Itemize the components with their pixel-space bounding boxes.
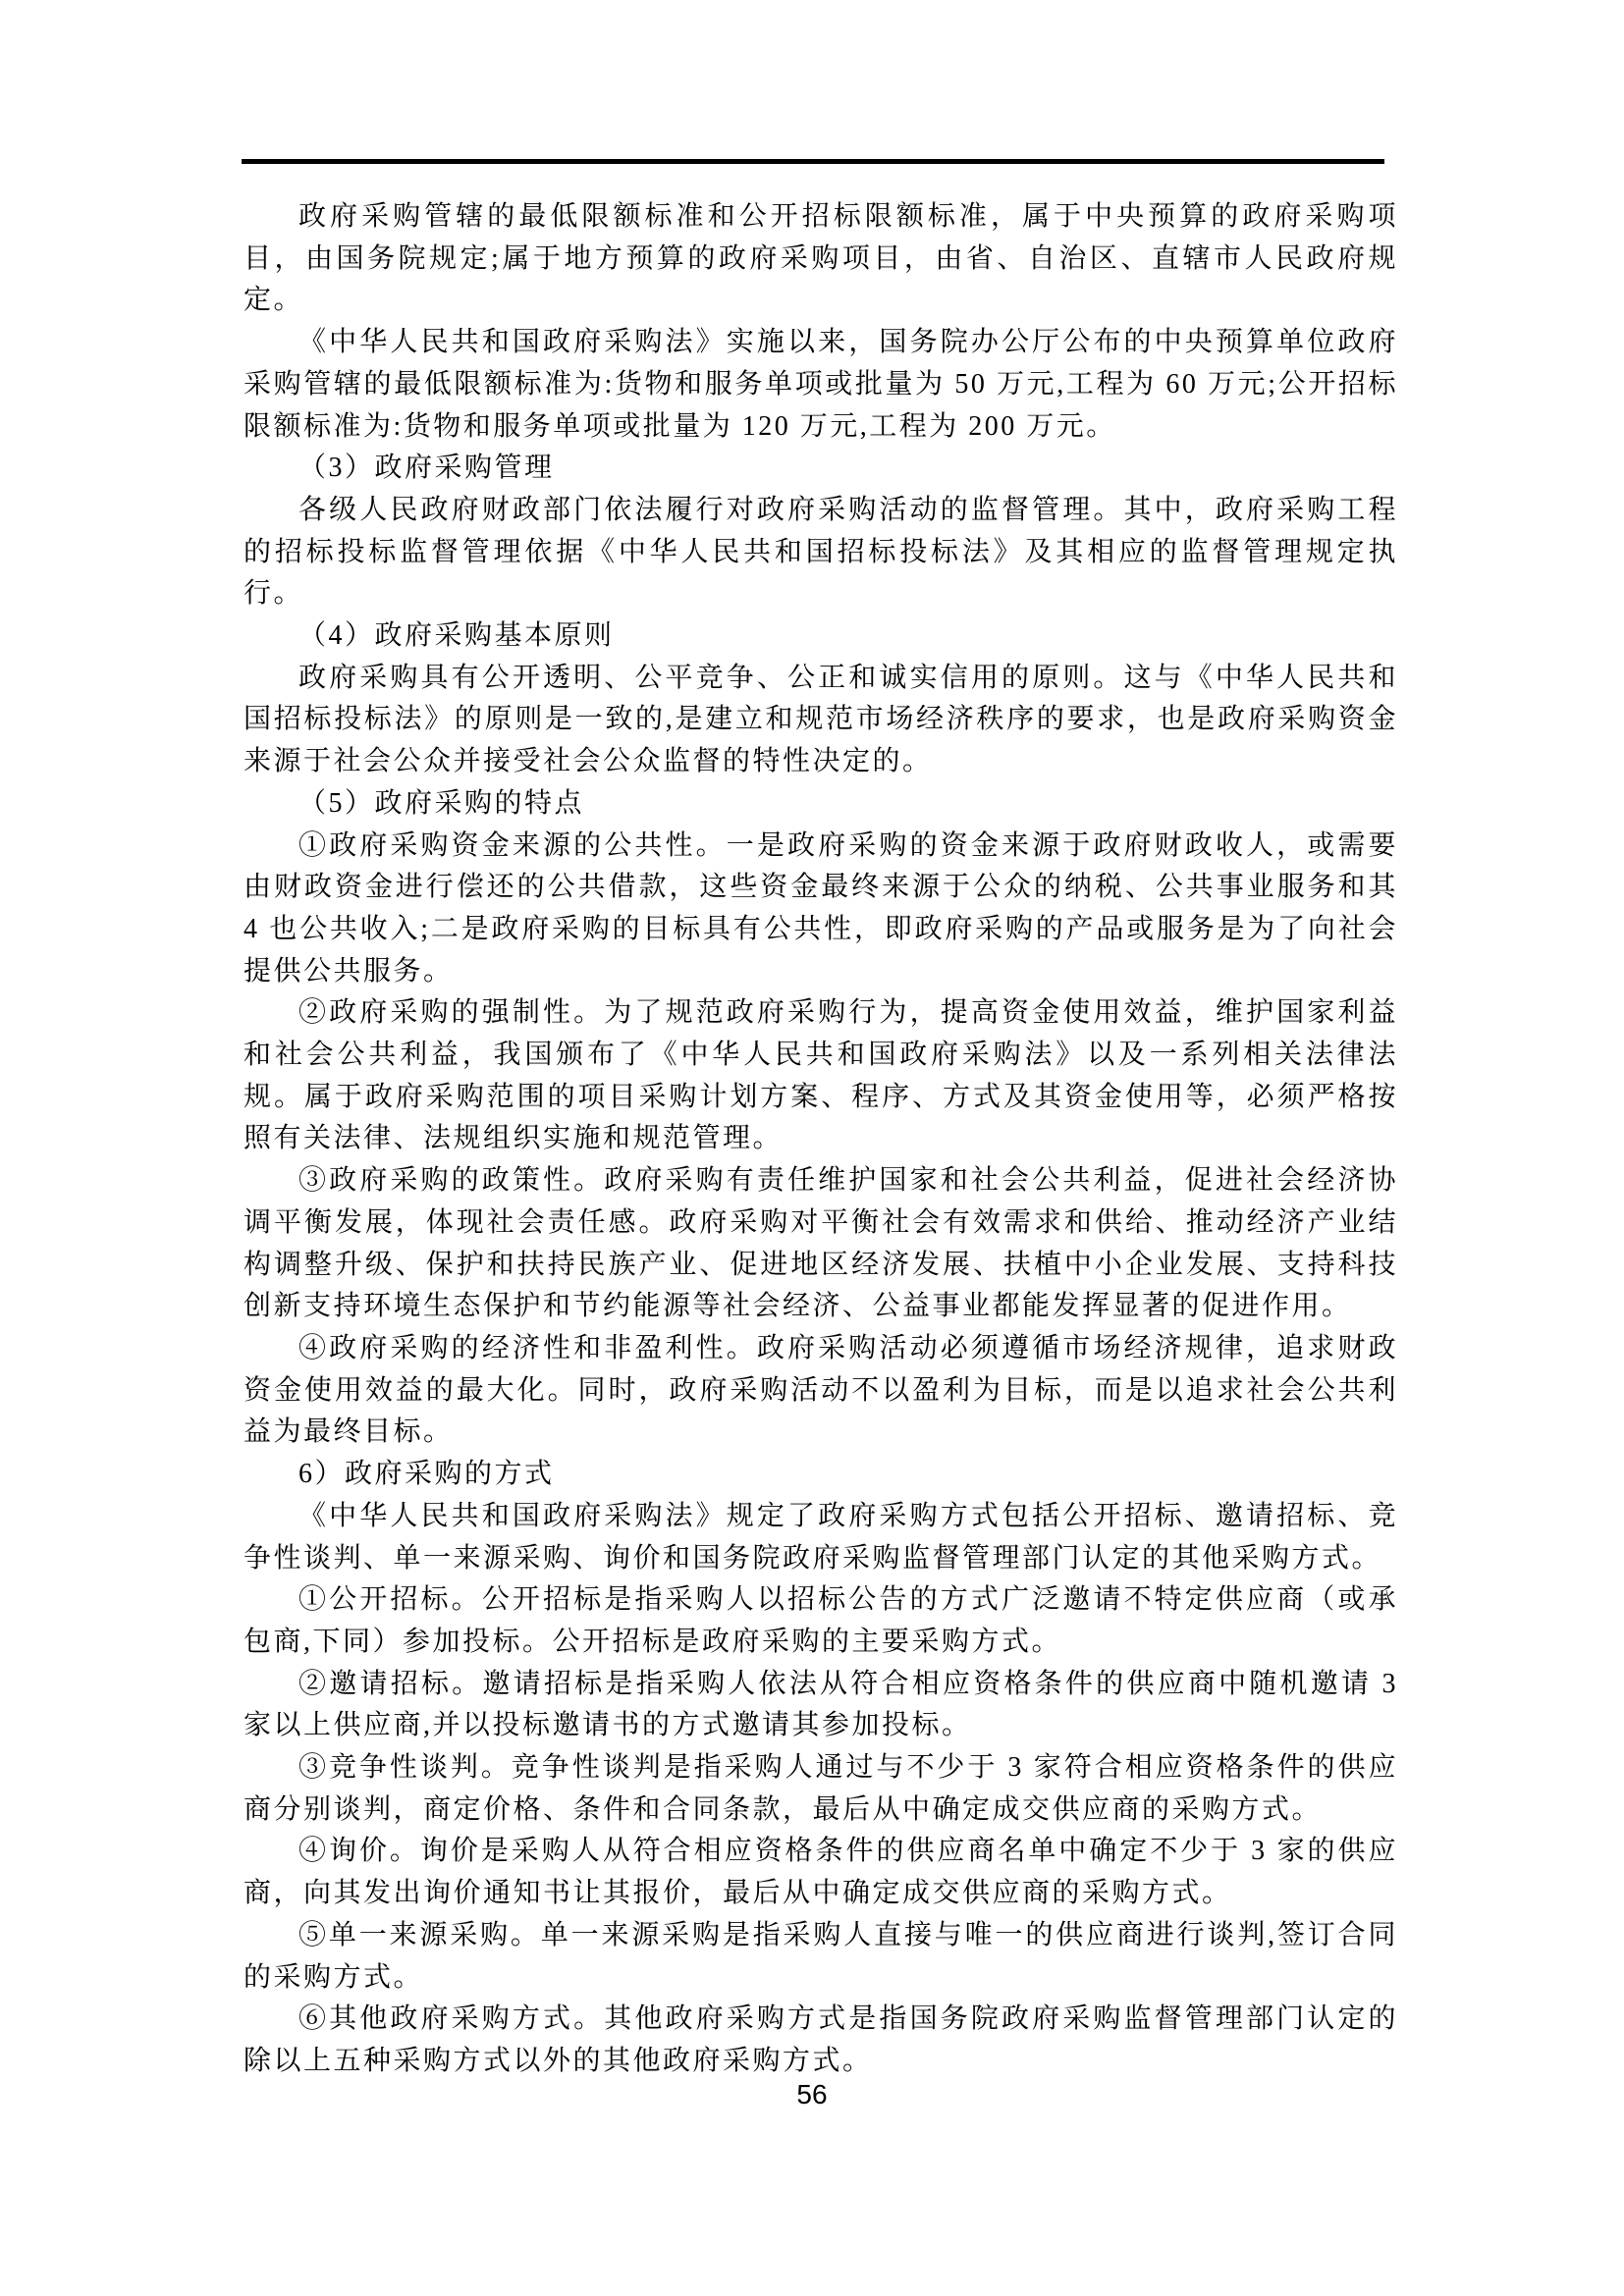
header-rule [242,159,1384,164]
paragraph-supervision: 各级人民政府财政部门依法履行对政府采购活动的监督管理。其中，政府采购工程的招标投… [244,490,1398,615]
paragraph-principles: 政府采购具有公开透明、公平竞争、公正和诚实信用的原则。这与《中华人民共和国招标投… [244,658,1398,783]
paragraph-method-3-competitive-negotiation: ③竞争性谈判。竞争性谈判是指采购人通过与不少于 3 家符合相应资格条件的供应商分… [244,1747,1398,1831]
paragraph-methods-overview: 《中华人民共和国政府采购法》规定了政府采购方式包括公开招标、邀请招标、竞争性谈判… [244,1496,1398,1579]
paragraph-characteristic-1-public-funds: ①政府采购资金来源的公共性。一是政府采购的资金来源于政府财政收人，或需要由财政资… [244,826,1398,993]
paragraph-characteristic-4-economy: ④政府采购的经济性和非盈利性。政府采购活动必须遵循市场经济规律，追求财政资金使用… [244,1328,1398,1454]
document-body: 政府采购管辖的最低限额标准和公开招标限额标准，属于中央预算的政府采购项目，由国务… [244,196,1398,2083]
paragraph-characteristic-3-policy: ③政府采购的政策性。政府采购有责任维护国家和社会公共利益，促进社会经济协调平衡发… [244,1160,1398,1328]
page-number: 56 [796,2079,827,2109]
paragraph-method-4-inquiry: ④询价。询价是采购人从符合相应资格条件的供应商名单中确定不少于 3 家的供应商，… [244,1831,1398,1914]
paragraph-characteristic-2-mandatory: ②政府采购的强制性。为了规范政府采购行为，提高资金使用效益，维护国家利益和社会公… [244,992,1398,1160]
heading-5-characteristics: （5）政府采购的特点 [244,783,1398,826]
heading-3-procurement-management: （3）政府采购管理 [244,448,1398,490]
paragraph-limits-amounts: 《中华人民共和国政府采购法》实施以来，国务院办公厅公布的中央预算单位政府采购管辖… [244,322,1398,448]
heading-6-procurement-methods: 6）政府采购的方式 [244,1454,1398,1496]
document-page: 政府采购管辖的最低限额标准和公开招标限额标准，属于中央预算的政府采购项目，由国务… [0,0,1624,2296]
paragraph-method-6-other: ⑥其他政府采购方式。其他政府采购方式是指国务院政府采购监督管理部门认定的除以上五… [244,1999,1398,2082]
page-footer: 56 [0,2079,1624,2110]
paragraph-method-5-single-source: ⑤单一来源采购。单一来源采购是指采购人直接与唯一的供应商进行谈判,签订合同的采购… [244,1915,1398,1999]
paragraph-method-2-invited-tender: ②邀请招标。邀请招标是指采购人依法从符合相应资格条件的供应商中随机邀请 3 家以… [244,1664,1398,1747]
paragraph-method-1-open-tender: ①公开招标。公开招标是指采购人以招标公告的方式广泛邀请不特定供应商（或承包商,下… [244,1579,1398,1663]
heading-4-basic-principles: （4）政府采购基本原则 [244,615,1398,658]
paragraph-limits-overview: 政府采购管辖的最低限额标准和公开招标限额标准，属于中央预算的政府采购项目，由国务… [244,196,1398,322]
